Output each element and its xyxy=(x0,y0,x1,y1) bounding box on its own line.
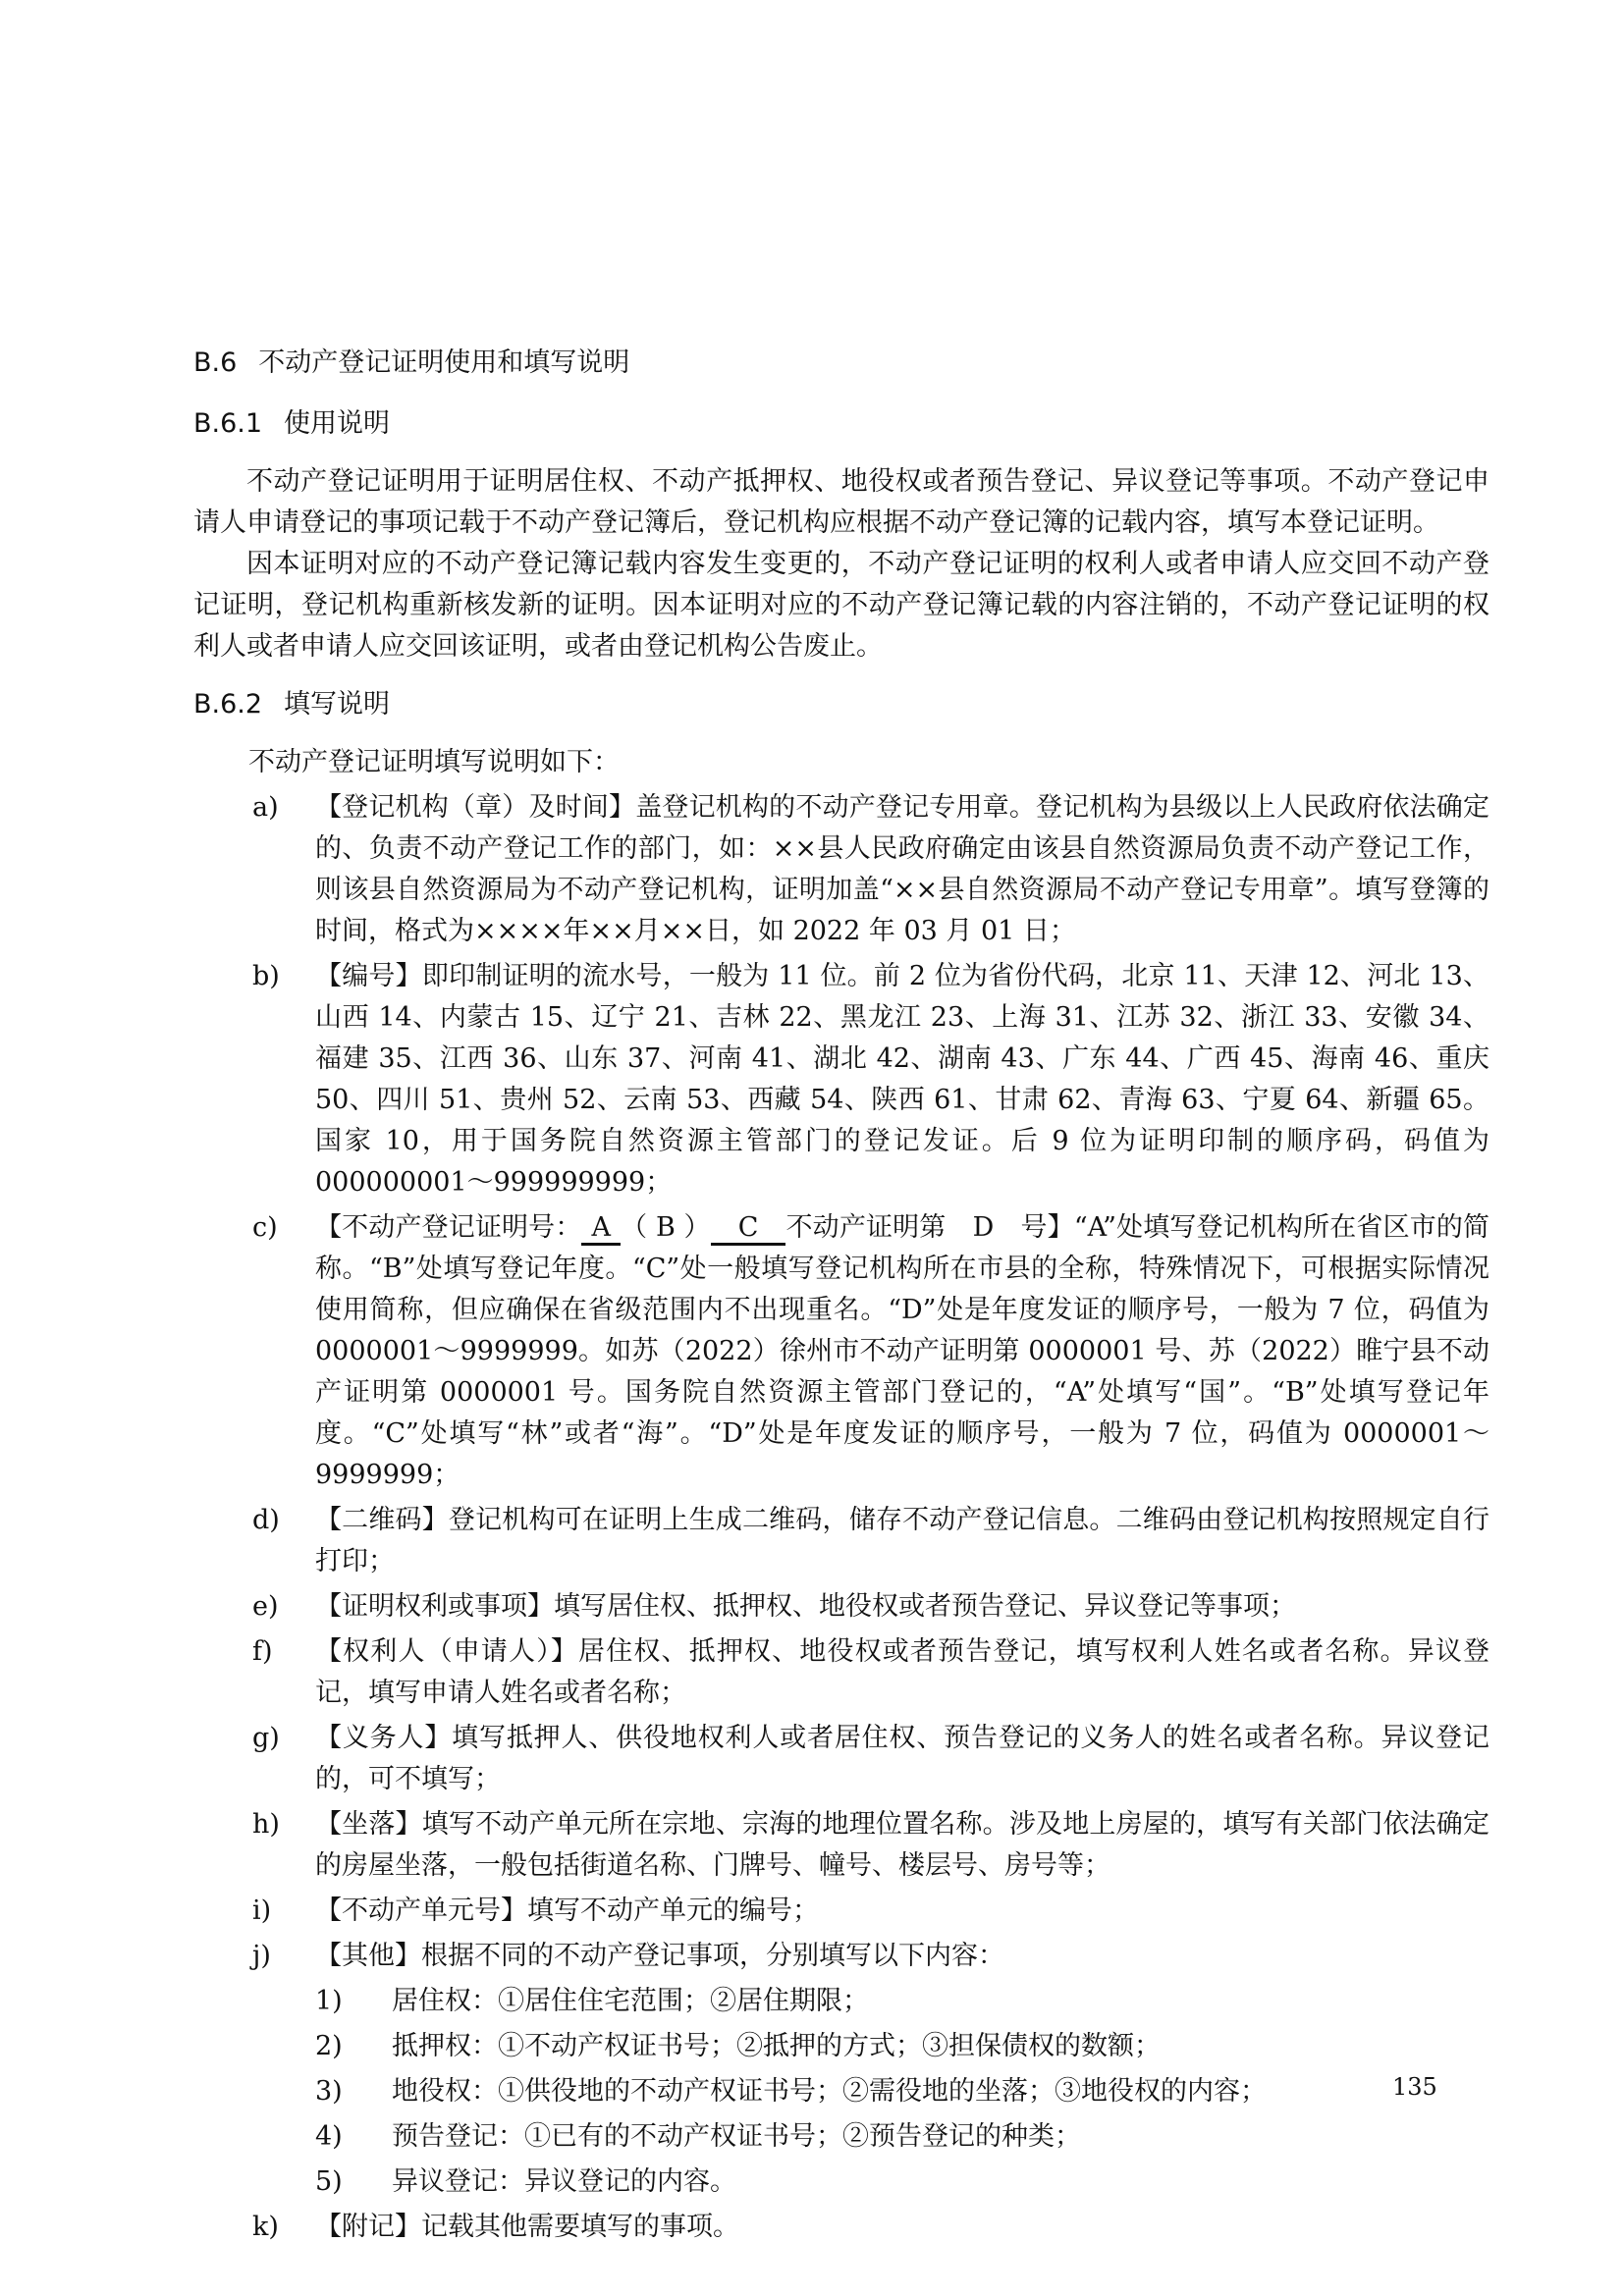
item-text: 【编号】即印制证明的流水号，一般为 11 位。前 2 位为省份代码，北京 11、… xyxy=(315,961,1489,1198)
sub-item-label: 4) xyxy=(315,2116,343,2158)
list-item-e: e)【证明权利或事项】填写居住权、抵押权、地役权或者预告登记、异议登记等事项； xyxy=(193,1586,1489,1628)
item-prefix: 【不动产登记证明号： xyxy=(315,1212,581,1243)
sub-item-text: 预告登记：①已有的不动产权证书号；②预告登记的种类； xyxy=(392,2121,1081,2152)
section-heading: B.6不动产登记证明使用和填写说明 xyxy=(193,346,1489,381)
intro-text: 不动产登记证明填写说明如下： xyxy=(248,742,1489,783)
list-item-f: f)【权利人（申请人）】居住权、抵押权、地役权或者预告登记，填写权利人姓名或者名… xyxy=(193,1631,1489,1714)
subsection-number: B.6.2 xyxy=(193,687,262,722)
list-item-d: d)【二维码】登记机构可在证明上生成二维码，储存不动产登记信息。二维码由登记机构… xyxy=(193,1500,1489,1582)
item-label: i) xyxy=(252,1891,271,1932)
sub-item-label: 1) xyxy=(315,1981,343,2022)
placeholder-b: （ B ） xyxy=(621,1212,711,1243)
subsection-title: 填写说明 xyxy=(284,689,390,720)
item-text: 【登记机构（章）及时间】盖登记机构的不动产登记专用章。登记机构为县级以上人民政府… xyxy=(315,792,1489,946)
sub-item-5: 5)异议登记：异议登记的内容。 xyxy=(193,2162,1489,2203)
item-label: k) xyxy=(252,2207,279,2248)
list-item-b: b)【编号】即印制证明的流水号，一般为 11 位。前 2 位为省份代码，北京 1… xyxy=(193,956,1489,1203)
paragraph: 不动产登记证明用于证明居住权、不动产抵押权、地役权或者预告登记、异议登记等事项。… xyxy=(193,461,1489,544)
document-page: B.6不动产登记证明使用和填写说明 B.6.1使用说明 不动产登记证明用于证明居… xyxy=(0,0,1624,2296)
item-label: a) xyxy=(252,787,279,828)
item-text: 【其他】根据不同的不动产登记事项，分别填写以下内容： xyxy=(315,1941,1004,1971)
section-number: B.6 xyxy=(193,346,237,381)
item-text: 【附记】记载其他需要填写的事项。 xyxy=(315,2212,739,2242)
item-text: 【二维码】登记机构可在证明上生成二维码，储存不动产登记信息。二维码由登记机构按照… xyxy=(315,1505,1489,1576)
placeholder-a: A xyxy=(581,1212,621,1246)
item-text: 【权利人（申请人）】居住权、抵押权、地役权或者预告登记，填写权利人姓名或者名称。… xyxy=(315,1636,1489,1708)
item-label: h) xyxy=(252,1804,280,1845)
list-item-j: j)【其他】根据不同的不动产登记事项，分别填写以下内容： xyxy=(193,1936,1489,1977)
section-title: 不动产登记证明使用和填写说明 xyxy=(258,347,629,378)
placeholder-c: C xyxy=(711,1212,786,1246)
item-text: 【证明权利或事项】填写居住权、抵押权、地役权或者预告登记、异议登记等事项； xyxy=(315,1591,1296,1622)
subsection-number: B.6.1 xyxy=(193,406,262,442)
sub-item-4: 4)预告登记：①已有的不动产权证书号；②预告登记的种类； xyxy=(193,2116,1489,2158)
sub-item-text: 居住权：①居住住宅范围；②居住期限； xyxy=(392,1986,869,2016)
page-content: B.6不动产登记证明使用和填写说明 B.6.1使用说明 不动产登记证明用于证明居… xyxy=(193,346,1489,2252)
item-label: c) xyxy=(252,1207,278,1249)
item-text: 【不动产单元号】填写不动产单元的编号； xyxy=(315,1896,819,1926)
sub-item-text: 异议登记：异议登记的内容。 xyxy=(392,2166,736,2197)
placeholder-d: 不动产证明第 D 号】 xyxy=(785,1212,1073,1243)
sub-item-text: 地役权：①供役地的不动产权证书号；②需役地的坐落；③地役权的内容； xyxy=(392,2076,1267,2107)
sub-item-1: 1)居住权：①居住住宅范围；②居住期限； xyxy=(193,1981,1489,2022)
item-label: b) xyxy=(252,956,280,997)
list-item-g: g)【义务人】填写抵押人、供役地权利人或者居住权、预告登记的义务人的姓名或者名称… xyxy=(193,1718,1489,1800)
item-text: 【坐落】填写不动产单元所在宗地、宗海的地理位置名称。涉及地上房屋的，填写有关部门… xyxy=(315,1809,1489,1881)
sub-item-text: 抵押权：①不动产权证书号；②抵押的方式；③担保债权的数额； xyxy=(392,2031,1161,2061)
item-label: d) xyxy=(252,1500,280,1541)
subsection-heading-filling: B.6.2填写说明 xyxy=(193,687,1489,722)
sub-item-label: 5) xyxy=(315,2162,343,2203)
sub-item-2: 2)抵押权：①不动产权证书号；②抵押的方式；③担保债权的数额； xyxy=(193,2026,1489,2067)
item-label: e) xyxy=(252,1586,279,1628)
list-item-a: a)【登记机构（章）及时间】盖登记机构的不动产登记专用章。登记机构为县级以上人民… xyxy=(193,787,1489,952)
sub-item-label: 2) xyxy=(315,2026,343,2067)
list-item-k: k)【附记】记载其他需要填写的事项。 xyxy=(193,2207,1489,2248)
item-text: 【义务人】填写抵押人、供役地权利人或者居住权、预告登记的义务人的姓名或者名称。异… xyxy=(315,1723,1489,1794)
item-label: j) xyxy=(252,1936,271,1977)
item-label: g) xyxy=(252,1718,280,1759)
paragraph: 因本证明对应的不动产登记簿记载内容发生变更的，不动产登记证明的权利人或者申请人应… xyxy=(193,544,1489,667)
subsection-heading-usage: B.6.1使用说明 xyxy=(193,406,1489,442)
item-label: f) xyxy=(252,1631,273,1673)
list-item-i: i)【不动产单元号】填写不动产单元的编号； xyxy=(193,1891,1489,1932)
list-item-h: h)【坐落】填写不动产单元所在宗地、宗海的地理位置名称。涉及地上房屋的，填写有关… xyxy=(193,1804,1489,1887)
list-item-c: c)【不动产登记证明号：A（ B ）C不动产证明第 D 号】“A”处填写登记机构… xyxy=(193,1207,1489,1496)
item-text: “A”处填写登记机构所在省区市的简称。“B”处填写登记年度。“C”处一般填写登记… xyxy=(315,1212,1489,1490)
page-number: 135 xyxy=(1392,2073,1437,2101)
sub-item-3: 3)地役权：①供役地的不动产权证书号；②需役地的坐落；③地役权的内容； xyxy=(193,2071,1489,2112)
subsection-title: 使用说明 xyxy=(284,408,390,439)
sub-item-label: 3) xyxy=(315,2071,343,2112)
